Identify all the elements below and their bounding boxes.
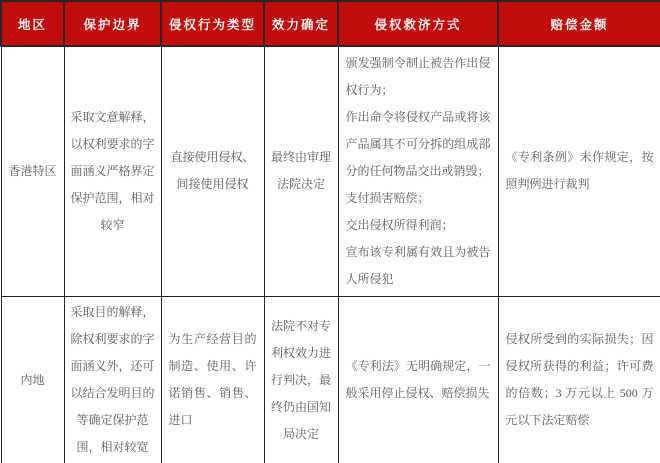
cell-hongkong-infringement-types: 直接使用侵权、间接使用侵权 [161,46,264,296]
header-cell-validity-determination: 效力确定 [264,1,338,46]
header-cell-infringement-types: 侵权行为类型 [161,1,264,46]
table-row-mainland: 内地 采取目的解释，除权利要求的字面涵义外，还可以结合发明目的等确定保护范围，相… [1,296,660,463]
cell-mainland-validity-determination: 法院不对专利权效力进行判决，最终仍由国知局决定 [264,296,338,463]
cell-mainland-remedies: 《专利法》无明确规定，一般采用停止侵权、赔偿损失 [338,296,498,463]
header-cell-protection-boundary: 保护边界 [64,1,161,46]
cell-hongkong-region: 香港特区 [1,46,64,296]
header-cell-remedies: 侵权救济方式 [338,1,498,46]
table-row-hongkong: 香港特区 采取文意解释，以权利要求的字面涵义严格界定保护范围，相对较窄 直接使用… [1,46,660,296]
header-cell-compensation: 赔偿金额 [498,1,660,46]
cell-mainland-compensation: 侵权所受到的实际损失；因侵权所获得的利益；许可费的倍数；3 万元以上 500 万… [498,296,660,463]
cell-mainland-infringement-types: 为生产经营目的制造、使用、许诺销售、销售、进口 [161,296,264,463]
patent-comparison-table: 地区 保护边界 侵权行为类型 效力确定 侵权救济方式 赔偿金额 香港特区 采取文… [0,0,660,463]
cell-mainland-region: 内地 [1,296,64,463]
cell-hongkong-protection-boundary: 采取文意解释，以权利要求的字面涵义严格界定保护范围，相对较窄 [64,46,161,296]
cell-hongkong-compensation: 《专利条例》未作规定，按照判例进行裁判 [498,46,660,296]
cell-mainland-protection-boundary: 采取目的解释，除权利要求的字面涵义外，还可以结合发明目的等确定保护范围，相对较宽 [64,296,161,463]
table-header-row: 地区 保护边界 侵权行为类型 效力确定 侵权救济方式 赔偿金额 [1,1,660,46]
header-cell-region: 地区 [1,1,64,46]
cell-hongkong-validity-determination: 最终由审理法院决定 [264,46,338,296]
cell-hongkong-remedies: 颁发强制令制止被告作出侵权行为； 作出命令将侵权产品或将该产品属其不可分拆的组成… [338,46,498,296]
